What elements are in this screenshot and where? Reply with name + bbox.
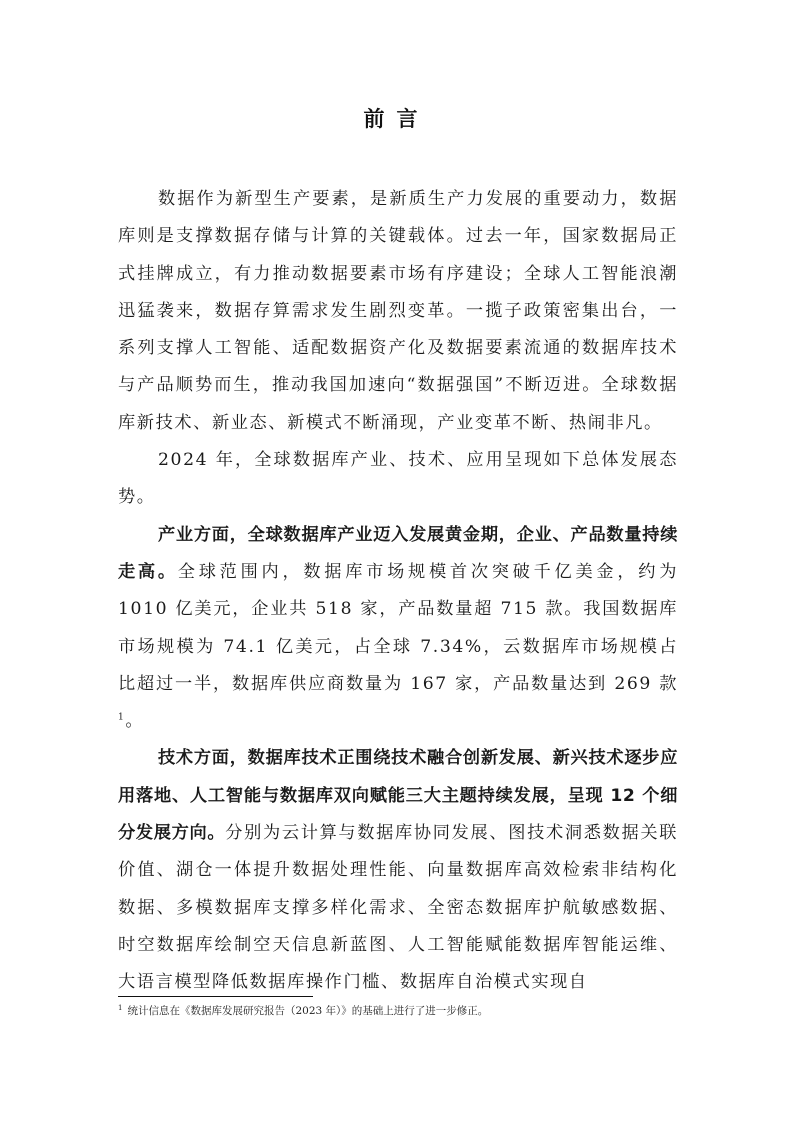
footnote: 1统计信息在《数据库发展研究报告（2023 年）》的基础上进行了进一步修正。 [118,1003,488,1018]
footnote-divider [118,996,313,997]
paragraph-intro: 数据作为新型生产要素，是新质生产力发展的重要动力，数据库则是支撑数据存储与计算的… [118,181,678,442]
footnote-text: 统计信息在《数据库发展研究报告（2023 年）》的基础上进行了进一步修正。 [127,1005,488,1017]
footnote-marker: 1 [118,1004,122,1012]
paragraph-overview: 2024 年，全球数据库产业、技术、应用呈现如下总体发展态势。 [118,442,678,517]
paragraph-technology: 技术方面，数据库技术正围绕技术融合创新发展、新兴技术逐步应用落地、人工智能与数据… [118,740,678,1001]
paragraph-text: 全球范围内，数据库市场规模首次突破千亿美金，约为 1010 亿美元，企业共 51… [118,562,678,694]
paragraph-industry: 产业方面，全球数据库产业迈入发展黄金期，企业、产品数量持续走高。全球范围内，数据… [118,517,678,741]
paragraph-text: 分别为云计算与数据库协同发展、图技术洞悉数据关联价值、湖仓一体提升数据处理性能、… [118,823,678,992]
paragraph-text: 数据作为新型生产要素，是新质生产力发展的重要动力，数据库则是支撑数据存储与计算的… [118,189,678,433]
paragraph-text: 2024 年，全球数据库产业、技术、应用呈现如下总体发展态势。 [118,450,678,507]
paragraph-tail: 。 [125,711,144,731]
page-title: 前言 [0,103,793,133]
document-body: 数据作为新型生产要素，是新质生产力发展的重要动力，数据库则是支撑数据存储与计算的… [118,181,678,1002]
